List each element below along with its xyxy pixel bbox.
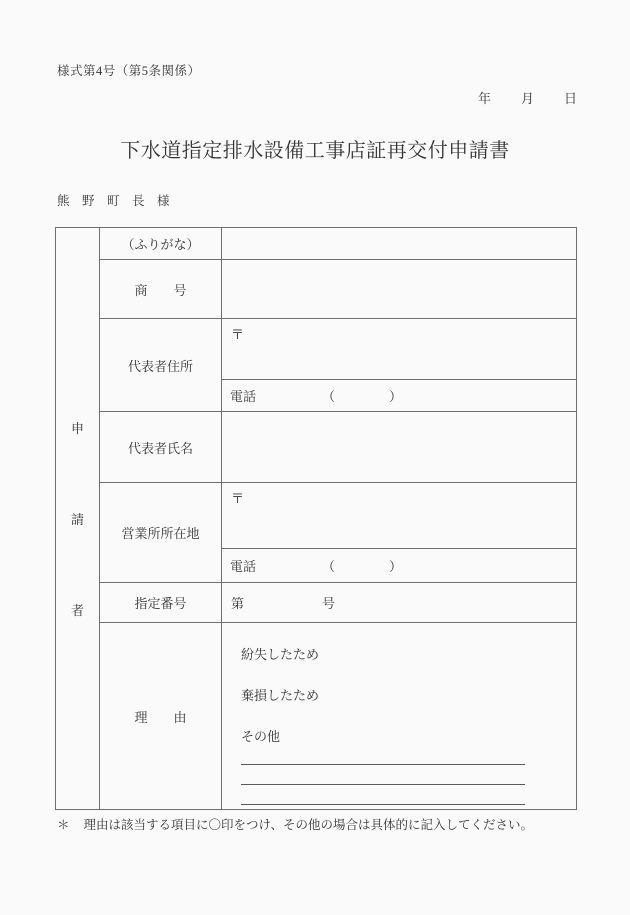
reason-other-writein-line-1[interactable] [241, 764, 525, 765]
designation-suffix: 号 [322, 593, 335, 612]
row-representative-address: 代表者住所 〒 電話 （ ） [100, 319, 576, 412]
table-rows: （ふりがな） 商 号 代表者住所 〒 電話 （ [100, 228, 576, 809]
phone-label: 電話 [230, 386, 256, 405]
reason-other-writein-line-3[interactable] [241, 804, 525, 805]
reason-option-other[interactable]: その他 [241, 728, 576, 745]
office-phone-field[interactable]: 電話 （ ） [222, 549, 576, 582]
furigana-label: （ふりがな） [100, 228, 222, 259]
representative-address-label: 代表者住所 [100, 319, 222, 411]
addressee: 熊 野 町 長 様 [57, 191, 170, 209]
footnote-asterisk: ＊ [57, 815, 70, 833]
representative-name-field[interactable] [222, 412, 576, 482]
row-representative-name: 代表者氏名 [100, 412, 576, 483]
reason-label: 理 由 [100, 623, 222, 809]
applicant-info-table: 申 請 者 （ふりがな） 商 号 代表者住所 〒 [55, 227, 577, 810]
furigana-field[interactable] [222, 228, 576, 259]
reason-option-lost[interactable]: 紛失したため [241, 646, 576, 663]
date-day-label: 日 [564, 88, 577, 107]
reason-field: 紛失したため 棄損したため その他 [222, 623, 576, 809]
representative-phone-field[interactable]: 電話 （ ） [222, 380, 576, 411]
date-year-label: 年 [478, 88, 491, 107]
phone-label: 電話 [230, 556, 256, 575]
row-office-address: 営業所所在地 〒 電話 （ ） [100, 483, 576, 583]
representative-address-fields: 〒 電話 （ ） [222, 319, 576, 411]
row-designation-number: 指定番号 第 号 [100, 583, 576, 623]
date-month-label: 月 [521, 88, 534, 107]
designation-number-label: 指定番号 [100, 583, 222, 622]
footnote-text: 理由は該当する項目に〇印をつけ、その他の場合は具体的に記入してください。 [84, 815, 534, 833]
designation-number-field[interactable]: 第 号 [222, 583, 576, 622]
representative-name-label: 代表者氏名 [100, 412, 222, 482]
form-number: 様式第4号（第5条関係） [57, 61, 201, 79]
phone-paren-open: （ [322, 386, 335, 405]
representative-address-field[interactable]: 〒 [222, 319, 576, 380]
row-trade-name: 商 号 [100, 260, 576, 319]
designation-prefix: 第 [231, 593, 244, 612]
office-address-fields: 〒 電話 （ ） [222, 483, 576, 582]
application-form-page: 様式第4号（第5条関係） 年 月 日 下水道指定排水設備工事店証再交付申請書 熊… [0, 0, 630, 915]
phone-paren-close: ） [389, 386, 402, 405]
office-address-field[interactable]: 〒 [222, 483, 576, 549]
office-address-label: 営業所所在地 [100, 483, 222, 582]
phone-paren-open: （ [322, 556, 335, 575]
trade-name-field[interactable] [222, 260, 576, 318]
reason-option-damaged[interactable]: 棄損したため [241, 687, 576, 704]
postal-mark: 〒 [231, 491, 244, 506]
row-furigana: （ふりがな） [100, 228, 576, 260]
applicant-vertical-header: 申 請 者 [56, 228, 100, 809]
applicant-char-2: 請 [71, 509, 84, 528]
page-title: 下水道指定排水設備工事店証再交付申請書 [0, 134, 630, 163]
phone-paren-close: ） [389, 556, 402, 575]
applicant-char-1: 申 [71, 418, 84, 437]
date-line: 年 月 日 [478, 88, 577, 107]
postal-mark: 〒 [231, 327, 244, 342]
footnote: ＊ 理由は該当する項目に〇印をつけ、その他の場合は具体的に記入してください。 [57, 815, 533, 833]
applicant-char-3: 者 [71, 600, 84, 619]
trade-name-label: 商 号 [100, 260, 222, 318]
reason-other-writein-line-2[interactable] [241, 784, 525, 785]
row-reason: 理 由 紛失したため 棄損したため その他 [100, 623, 576, 809]
